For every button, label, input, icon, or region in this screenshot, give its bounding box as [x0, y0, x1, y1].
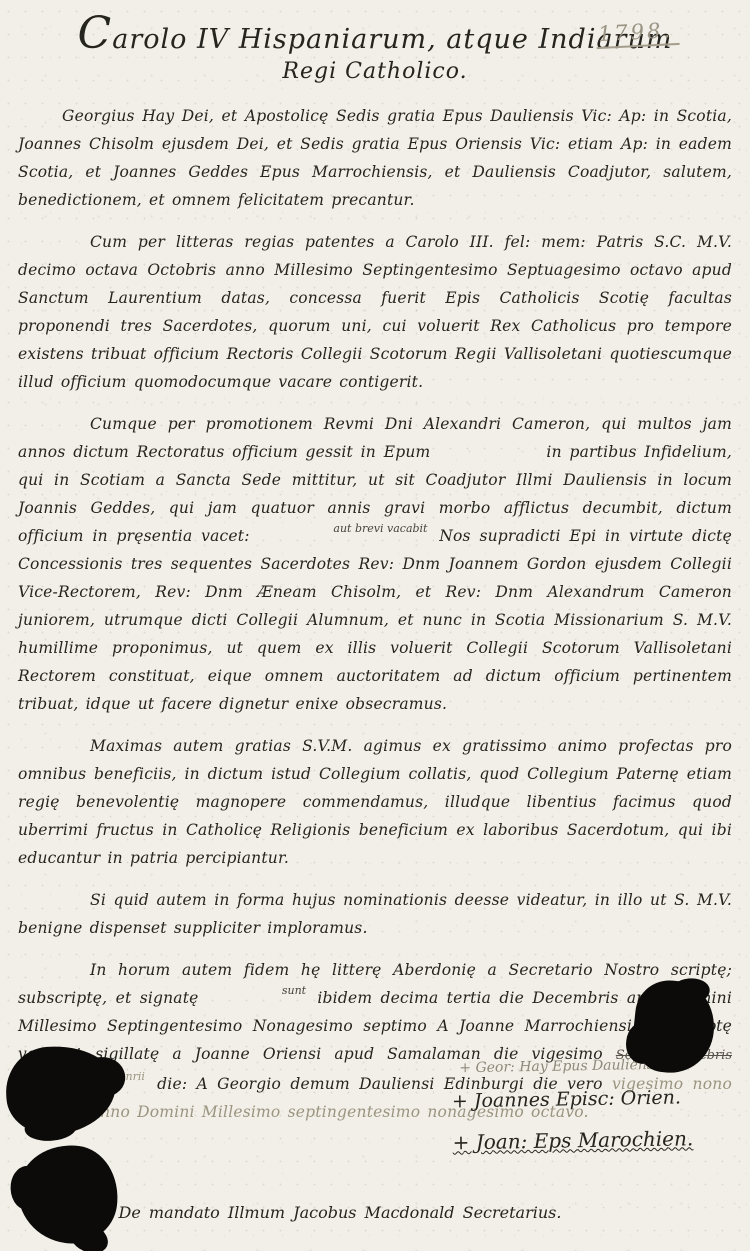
nomination-text-end: Nos supradicti Epi in virtute dictę Conc… — [18, 527, 732, 713]
signature-block: + Geor: Hay Epus Dauliensis + Joannes Ep… — [451, 1056, 733, 1155]
letter-body: Georgius Hay Dei, et Apostolicę Sedis gr… — [0, 84, 750, 1126]
signature-chisolm: + Joannes Episc: Orien. — [452, 1086, 732, 1113]
paragraph-royal-patent: Cum per litteras regias patentes a Carol… — [18, 228, 732, 396]
paragraph-nomination: Cumque per promotionem Revmi Dni Alexand… — [18, 410, 732, 718]
wax-seal-left-bottom — [12, 1139, 123, 1248]
year-annotation: 1798. — [595, 18, 679, 49]
manuscript-page: 1798. Carolo IV Hispaniarum, atque India… — [0, 0, 750, 1251]
paragraph-gratitude: Maximas autem gratias S.V.M. agimus ex g… — [18, 732, 732, 872]
paragraph-dispensation: Si quid autem in forma hujus nominationi… — [18, 886, 732, 942]
signature-geddes: + Joan: Eps Marochien. — [452, 1126, 732, 1155]
paragraph-salutation: Georgius Hay Dei, et Apostolicę Sedis gr… — [18, 102, 732, 214]
interlinear-insertion-vacabit: aut brevi vacabit — [261, 524, 427, 534]
document-title-line2: Regi Catholico. — [0, 59, 750, 84]
interlinear-insertion-sunt: sunt — [210, 986, 306, 996]
